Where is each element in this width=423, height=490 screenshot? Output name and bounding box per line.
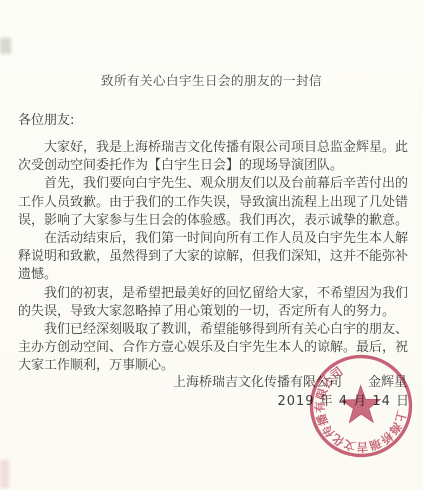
letter-body: 大家好，我是上海桥瑞吉文化传播有限公司项目总监金辉星。此次受创动空间委托作为【白…: [18, 139, 408, 376]
letter-paragraph: 首先，我们要向白宇先生、观众朋友们以及台前幕后辛苦付出的工作人员致歉。由于我们的…: [18, 175, 408, 230]
letter-paragraph: 我们已经深刻吸取了教训，希望能够得到所有关心白宇的朋友、主办方创动空间、合作方壹…: [18, 321, 408, 376]
signature-line: 上海桥瑞吉文化传播有限公司金辉星: [173, 371, 407, 390]
letter-title: 致所有关心白宇生日会的朋友的一封信: [0, 71, 423, 89]
letter-paragraph: 我们的初衷，是希望把最美好的回忆留给大家，不希望因为我们的失误，导致大家忽略掉了…: [18, 285, 408, 321]
scan-smudge-artifact: [0, 38, 11, 54]
letter-paragraph: 在活动结束后，我们第一时间向所有工作人员及白宇先生本人解释说明和致歉，虽然得到了…: [18, 230, 408, 285]
letter-paragraph: 大家好，我是上海桥瑞吉文化传播有限公司项目总监金辉星。此次受创动空间委托作为【白…: [18, 139, 408, 175]
signature-date: 2019 年 4 月 14 日: [277, 390, 410, 409]
letter-salutation: 各位朋友:: [18, 109, 74, 128]
signature-name: 金辉星: [368, 375, 407, 390]
letter-document: 致所有关心白宇生日会的朋友的一封信 各位朋友: 大家好，我是上海桥瑞吉文化传播有…: [0, 0, 423, 490]
signature-company: 上海桥瑞吉文化传播有限公司: [173, 375, 342, 390]
scan-ink-smudge-artifact: [0, 460, 9, 488]
